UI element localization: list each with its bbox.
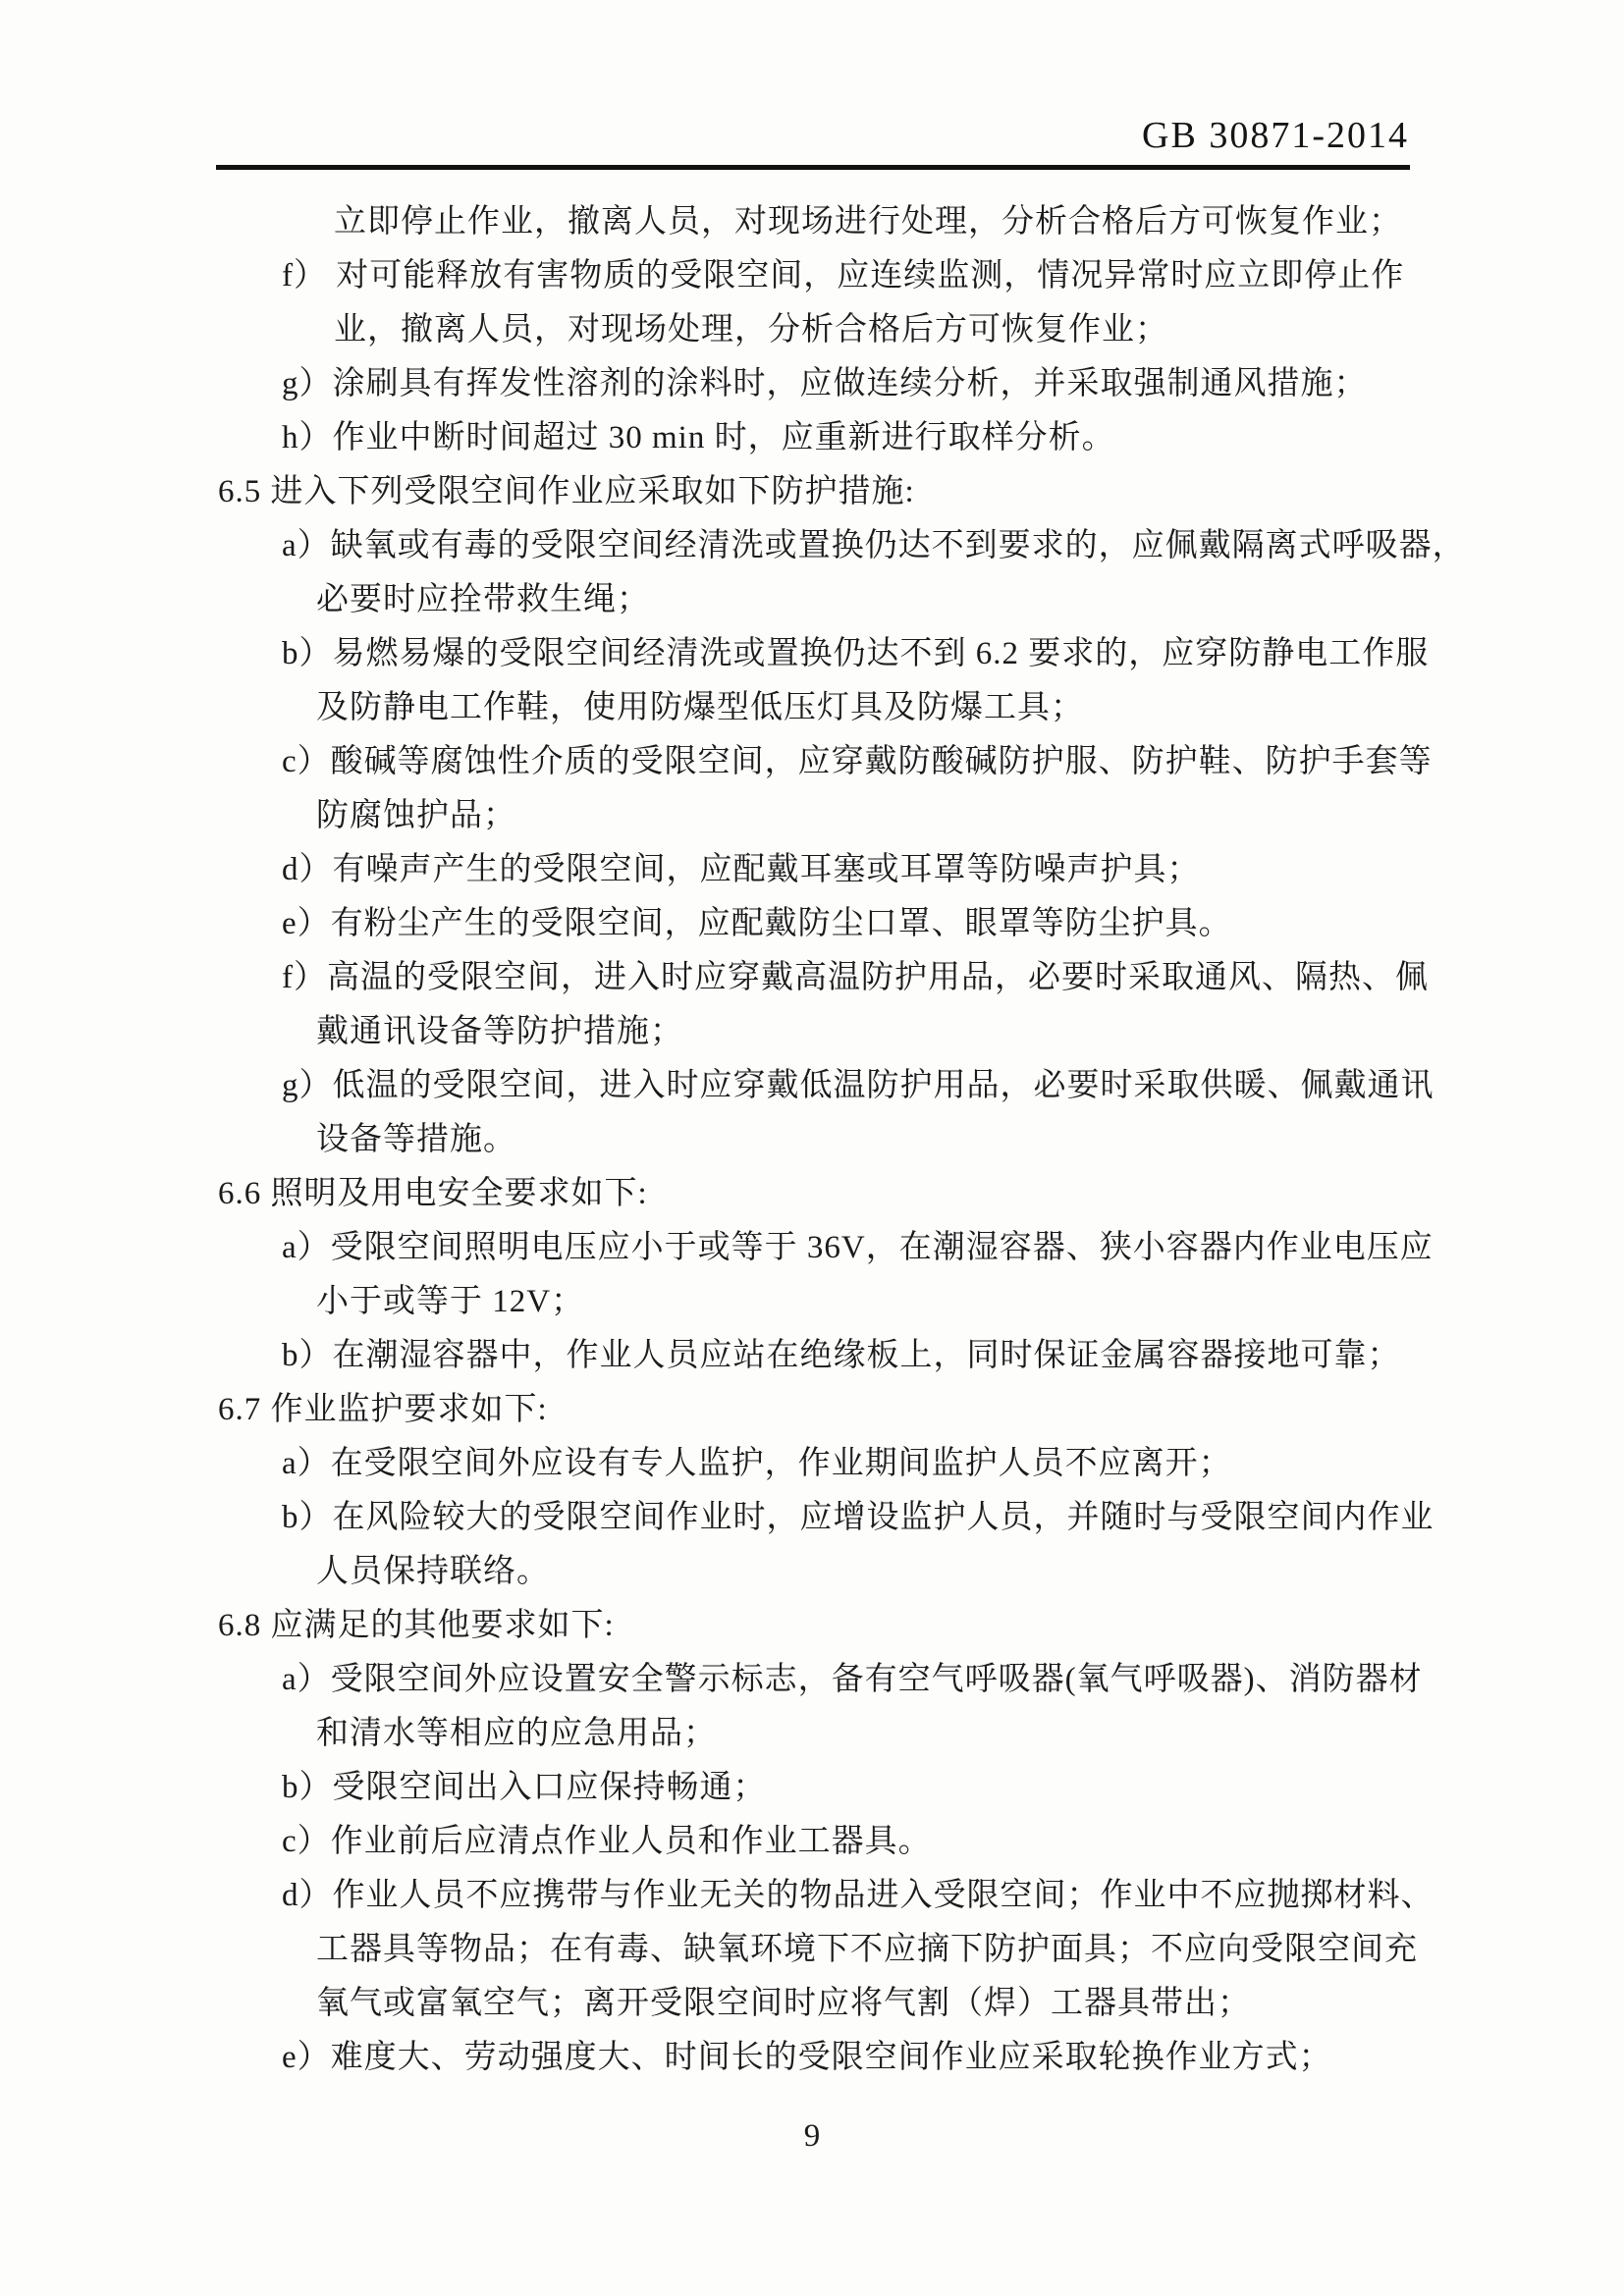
text-line: 氧气或富氧空气；离开受限空间时应将气割（焊）工器具带出； bbox=[316, 1981, 1251, 2035]
text-line: b）易燃易爆的受限空间经清洗或置换仍达不到 6.2 要求的，应穿防静电工作服 bbox=[282, 631, 1429, 685]
text-line: 6.8 应满足的其他要求如下: bbox=[218, 1603, 615, 1657]
text-line: d）作业人员不应携带与作业无关的物品进入受限空间；作业中不应抛掷材料、 bbox=[282, 1873, 1435, 1927]
text-line: g）低温的受限空间，进入时应穿戴低温防护用品，必要时采取供暖、佩戴通讯 bbox=[282, 1063, 1435, 1117]
text-line: f） 对可能释放有害物质的受限空间，应连续监测，情况异常时应立即停止作 bbox=[282, 253, 1404, 307]
text-line: c）作业前后应清点作业人员和作业工器具。 bbox=[282, 1819, 932, 1873]
text-line: 人员保持联络。 bbox=[316, 1549, 550, 1603]
text-line: 6.7 作业监护要求如下: bbox=[218, 1387, 548, 1441]
document-page: GB 30871-2014 立即停止作业，撤离人员，对现场进行处理，分析合格后方… bbox=[0, 0, 1624, 2296]
text-line: 立即停止作业，撤离人员，对现场进行处理，分析合格后方可恢复作业； bbox=[334, 199, 1402, 253]
text-line: a）受限空间外应设置安全警示标志，备有空气呼吸器(氧气呼吸器)、消防器材 bbox=[282, 1657, 1423, 1711]
text-line: g）涂刷具有挥发性溶剂的涂料时，应做连续分析，并采取强制通风措施； bbox=[282, 361, 1368, 415]
text-line: b）受限空间出入口应保持畅通； bbox=[282, 1765, 767, 1819]
text-line: 6.5 进入下列受限空间作业应采取如下防护措施: bbox=[218, 469, 915, 523]
text-line: c）酸碱等腐蚀性介质的受限空间，应穿戴防酸碱防护服、防护鞋、防护手套等 bbox=[282, 739, 1433, 793]
text-line: e）有粉尘产生的受限空间，应配戴防尘口罩、眼罩等防尘护具。 bbox=[282, 901, 1232, 955]
text-line: h）作业中断时间超过 30 min 时，应重新进行取样分析。 bbox=[282, 415, 1115, 469]
text-line: a）受限空间照明电压应小于或等于 36V，在潮湿容器、狭小容器内作业电压应 bbox=[282, 1225, 1434, 1279]
text-line: 及防静电工作鞋，使用防爆型低压灯具及防爆工具； bbox=[316, 685, 1084, 739]
document-body: 立即停止作业，撤离人员，对现场进行处理，分析合格后方可恢复作业；f） 对可能释放… bbox=[0, 0, 1624, 2296]
text-line: b）在潮湿容器中，作业人员应站在绝缘板上，同时保证金属容器接地可靠； bbox=[282, 1333, 1401, 1387]
page-number: 9 bbox=[0, 2118, 1624, 2155]
text-line: d）有噪声产生的受限空间，应配戴耳塞或耳罩等防噪声护具； bbox=[282, 847, 1201, 901]
text-line: 工器具等物品；在有毒、缺氧环境下不应摘下防护面具；不应向受限空间充 bbox=[316, 1927, 1418, 1981]
text-line: 戴通讯设备等防护措施； bbox=[316, 1009, 683, 1063]
text-line: a）在受限空间外应设有专人监护，作业期间监护人员不应离开； bbox=[282, 1441, 1232, 1495]
text-line: 必要时应拴带救生绳； bbox=[316, 577, 650, 631]
text-line: a）缺氧或有毒的受限空间经清洗或置换仍达不到要求的，应佩戴隔离式呼吸器， bbox=[282, 523, 1466, 577]
text-line: 设备等措施。 bbox=[316, 1117, 516, 1171]
text-line: 小于或等于 12V； bbox=[316, 1279, 584, 1333]
text-line: e）难度大、劳动强度大、时间长的受限空间作业应采取轮换作业方式； bbox=[282, 2035, 1332, 2089]
text-line: b）在风险较大的受限空间作业时，应增设监护人员，并随时与受限空间内作业 bbox=[282, 1495, 1435, 1549]
text-line: 防腐蚀护品； bbox=[316, 793, 516, 847]
text-line: 业，撤离人员，对现场处理，分析合格后方可恢复作业； bbox=[334, 307, 1168, 361]
text-line: 和清水等相应的应急用品； bbox=[316, 1711, 717, 1765]
text-line: f）高温的受限空间，进入时应穿戴高温防护用品，必要时采取通风、隔热、佩 bbox=[282, 955, 1429, 1009]
text-line: 6.6 照明及用电安全要求如下: bbox=[218, 1171, 648, 1225]
